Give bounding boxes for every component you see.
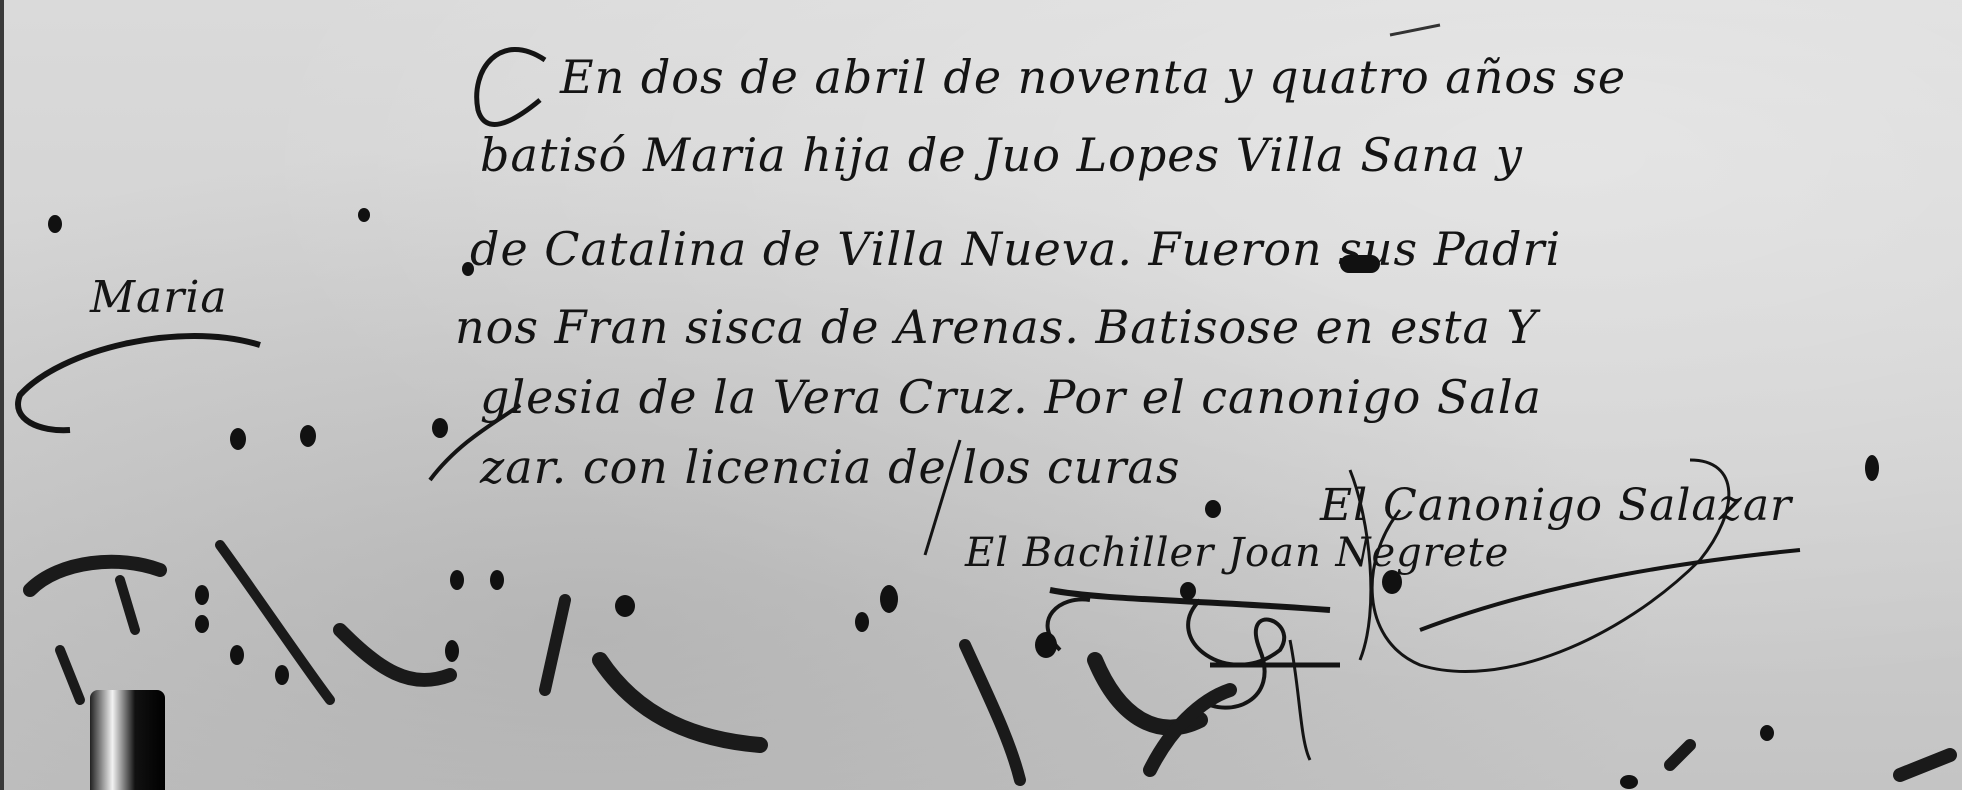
ink-blot [1382,570,1402,594]
ink-blot [855,612,869,632]
margin-note: Maria [90,272,228,323]
ink-blot [880,585,898,613]
record-line-3: de Catalina de Villa Nueva. Fueron sus P… [470,222,1561,276]
ink-blot [1205,500,1221,518]
ink-blot [450,570,464,590]
signature-negrete: El Bachiller Joan Negrete [965,530,1509,576]
record-line-2: batisó Maria hija de Juo Lopes Villa San… [480,128,1523,182]
binding-clip [90,690,165,790]
ink-blot [358,208,370,222]
ink-blot [432,418,448,438]
ink-blot [275,665,289,685]
ink-smudge [1340,255,1380,273]
ink-blot [48,215,62,233]
ink-blot [195,585,209,605]
ink-blot [230,428,246,450]
ink-blot [1865,455,1879,481]
ink-blot [195,615,209,633]
ink-blot [1760,725,1774,741]
record-line-4: nos Fran sisca de Arenas. Batisose en es… [455,300,1538,354]
ink-blot [230,645,244,665]
ink-blot [615,595,635,617]
ink-blot [490,570,504,590]
ink-blot [462,262,474,276]
record-line-5: glesia de la Vera Cruz. Por el canonigo … [480,370,1542,424]
ink-blot [300,425,316,447]
ink-blot [1180,582,1196,600]
record-line-6: zar. con licencia de los curas [480,440,1180,494]
ink-blot [1035,632,1057,658]
record-line-1: En dos de abril de noventa y quatro años… [560,50,1626,104]
ink-blot [445,640,459,662]
ink-blot [1620,775,1638,789]
signature-salazar: El Canonigo Salazar [1320,480,1792,531]
manuscript-page: Maria En dos de abril de noventa y quatr… [0,0,1962,790]
